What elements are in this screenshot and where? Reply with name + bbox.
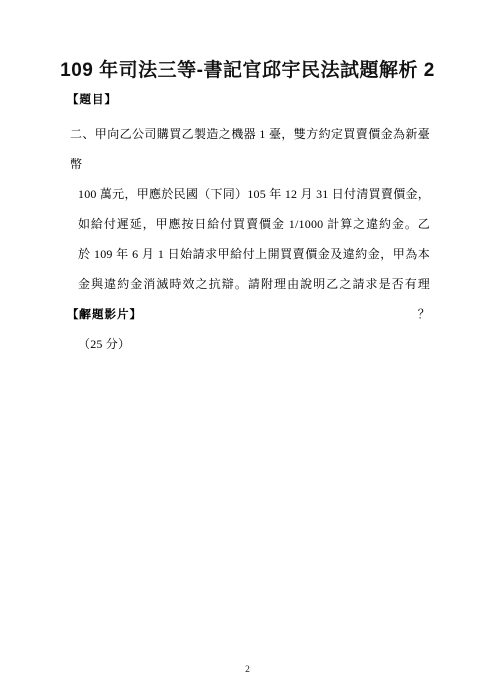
document-page: 109 年司法三等-書記官邱宇民法試題解析 2 【題目】 二、甲向乙公司購買乙製… xyxy=(0,0,495,700)
question-line: 100 萬元，甲應於民國（下同）105 年 12 月 31 日付清買賣價金， xyxy=(70,179,430,209)
question-paragraph: 二、甲向乙公司購買乙製造之機器 1 臺，雙方約定買賣價金為新臺幣 100 萬元，… xyxy=(70,119,430,359)
page-number: 2 xyxy=(0,664,495,676)
page-title: 109 年司法三等-書記官邱宇民法試題解析 2 xyxy=(0,58,495,84)
question-line: 二、甲向乙公司購買乙製造之機器 1 臺，雙方約定買賣價金為新臺幣 xyxy=(70,119,430,179)
question-score-line: （25 分） xyxy=(70,329,430,359)
video-section-label: 【解題影片】 xyxy=(67,308,142,322)
question-section-label: 【題目】 xyxy=(67,93,117,107)
question-line: 於 109 年 6 月 1 日始請求甲給付上開買賣價金及違約金，甲為本 xyxy=(70,239,430,269)
question-line: 如給付遲延，甲應按日給付買賣價金 1/1000 計算之違約金。乙 xyxy=(70,209,430,239)
